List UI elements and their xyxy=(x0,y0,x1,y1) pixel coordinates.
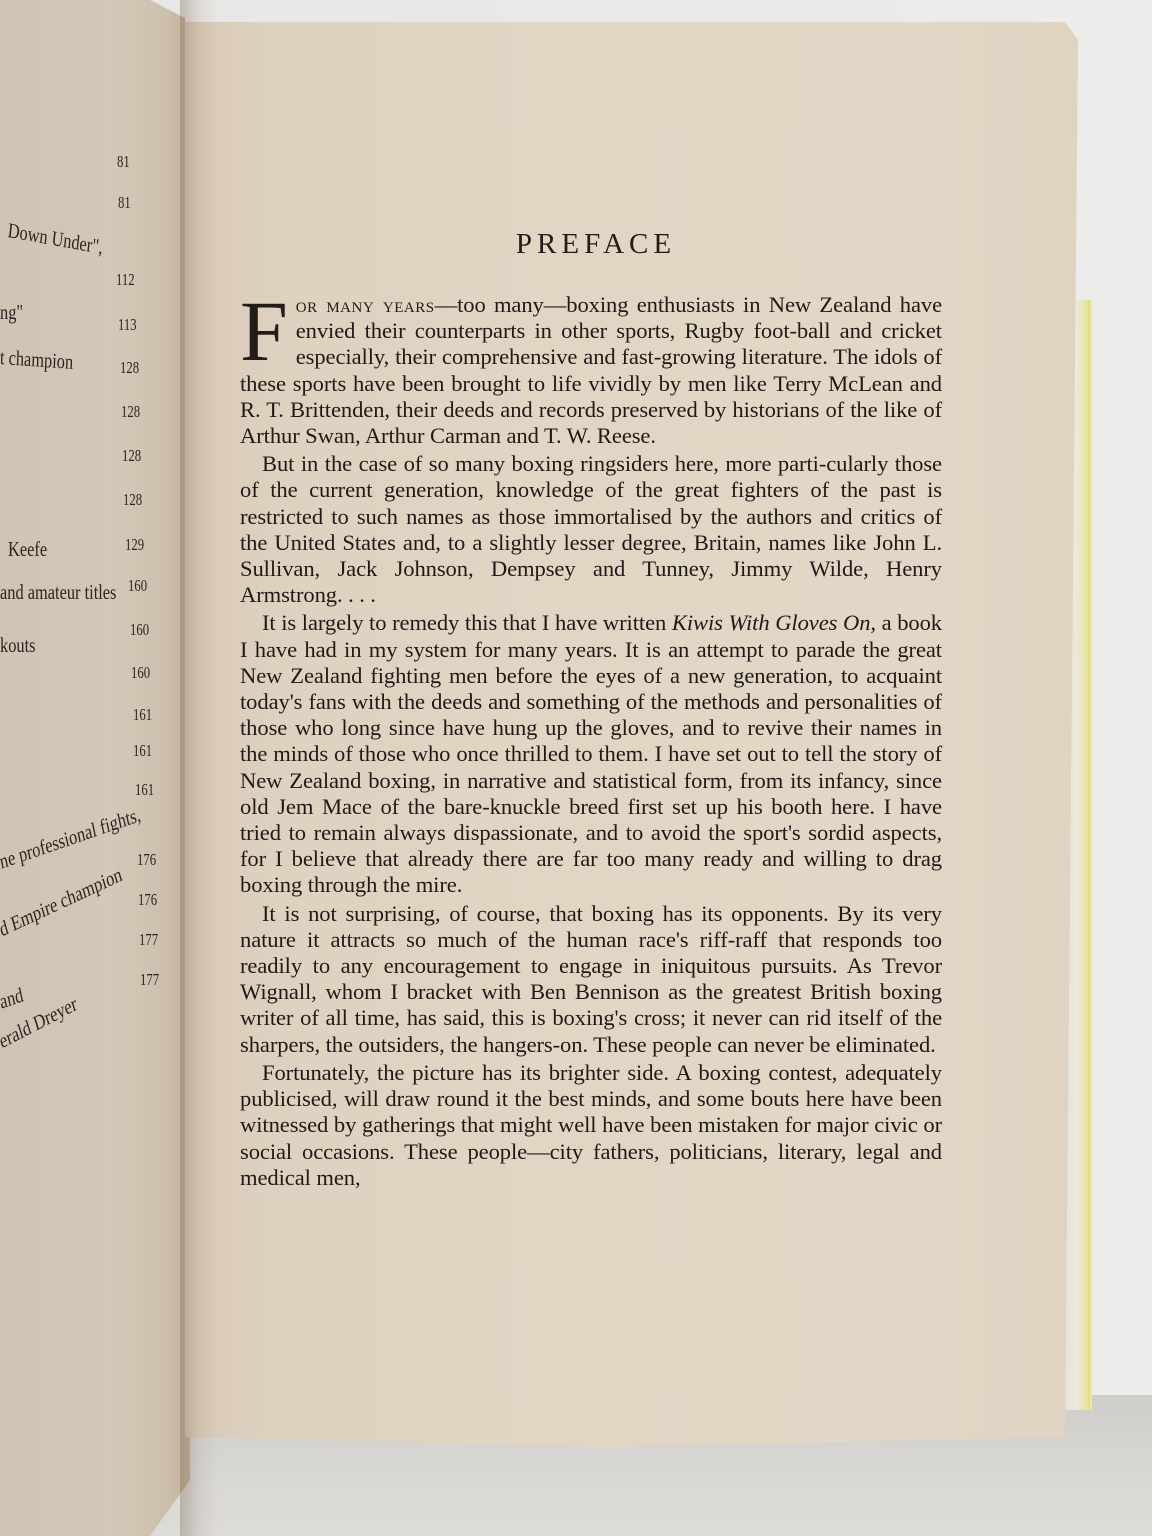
toc-page-number: 81 xyxy=(117,152,130,172)
toc-page-number: 128 xyxy=(120,358,139,378)
toc-page-number: 128 xyxy=(122,446,141,466)
paragraph-3-text-after: a book I have had in my system for many … xyxy=(240,610,942,897)
page-title: PREFACE xyxy=(240,228,942,261)
toc-page-number: 128 xyxy=(123,490,142,510)
book-gutter-shadow xyxy=(180,0,220,1536)
toc-entry-text: ne professional fights, xyxy=(0,802,143,874)
toc-entry-text: ng" xyxy=(0,300,23,325)
toc-page-number: 129 xyxy=(125,535,144,555)
toc-page-number: 177 xyxy=(139,930,158,950)
toc-page-number: 160 xyxy=(128,576,147,596)
toc-entry-text: d Empire champion xyxy=(0,862,125,942)
toc-entry-text: Keefe xyxy=(8,537,47,562)
toc-page-number: 81 xyxy=(118,193,131,213)
book-title-italic: Kiwis With Gloves On, xyxy=(672,610,876,635)
toc-page-number: 128 xyxy=(121,402,140,422)
toc-page-number: 160 xyxy=(130,620,149,640)
drop-cap: F xyxy=(240,296,288,368)
paragraph-1: For many years—too many—boxing enthusias… xyxy=(240,292,942,449)
paragraph-3: It is largely to remedy this that I have… xyxy=(240,610,942,898)
toc-entry-text: Down Under", xyxy=(7,218,105,260)
toc-entry-text: and xyxy=(0,983,25,1015)
paragraph-2: But in the case of so many boxing ringsi… xyxy=(240,451,942,608)
paragraph-3-text-before: It is largely to remedy this that I have… xyxy=(262,610,672,635)
toc-page-number: 112 xyxy=(116,270,135,290)
opening-smallcaps: or many years xyxy=(296,292,435,317)
preface-page: PREFACE For many years—too many—boxing e… xyxy=(240,228,942,1193)
toc-page-number: 113 xyxy=(118,315,137,335)
paragraph-5: Fortunately, the picture has its brighte… xyxy=(240,1060,942,1191)
toc-page-number: 177 xyxy=(140,970,159,990)
paragraph-4: It is not surprising, of course, that bo… xyxy=(240,901,942,1058)
toc-page-number: 161 xyxy=(135,780,154,800)
toc-entry-text: kouts xyxy=(0,633,36,658)
toc-entry-text: t champion xyxy=(0,345,74,375)
toc-page-number: 161 xyxy=(133,705,152,725)
toc-page-number: 176 xyxy=(138,890,157,910)
toc-page-number: 160 xyxy=(131,663,150,683)
toc-page-number: 176 xyxy=(137,850,156,870)
toc-page-number: 161 xyxy=(133,741,152,761)
toc-entry-text: and amateur titles xyxy=(0,580,116,605)
left-page-contents-list: 8181Down Under",112ng"113t champion12812… xyxy=(0,0,190,1536)
